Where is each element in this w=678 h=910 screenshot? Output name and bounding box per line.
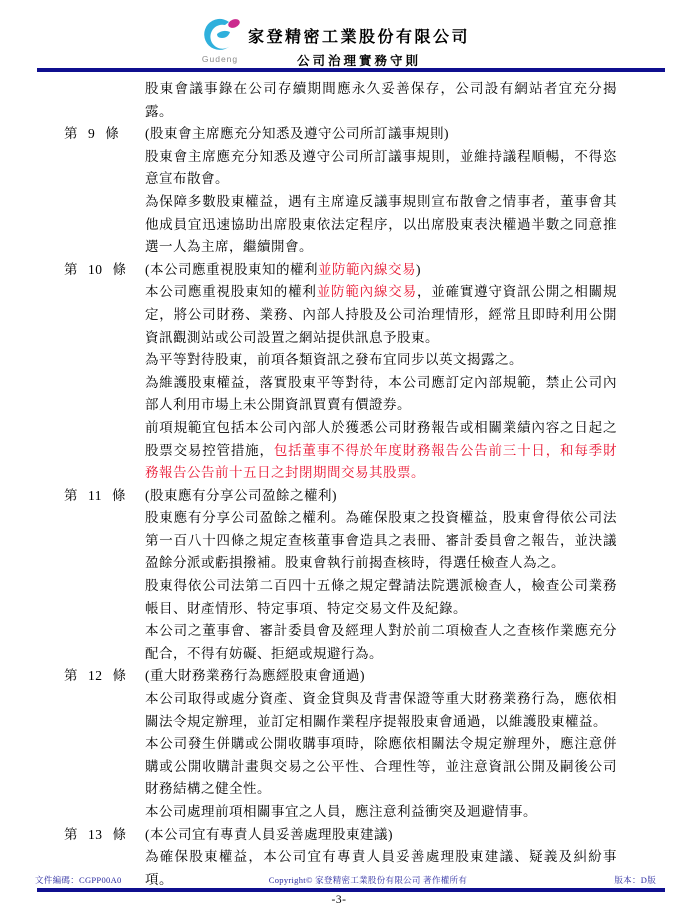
article-number-part: 條	[112, 485, 126, 666]
text-run: 為平等對待股東，前項各類資訊之發布宜同步以英文揭露之。	[145, 352, 523, 367]
text-run: (重大財務業務行為應經股東會通過)	[145, 668, 365, 683]
article-paragraph: 本公司之董事會、審計委員會及經理人對於前二項檢查人之查核作業應充分配合，不得有妨…	[145, 620, 617, 665]
article-paragraph: 股東會主席應充分知悉及遵守公司所訂議事規則，並維持議程順暢，不得恣意宣布散會。	[145, 146, 617, 191]
article-body: (重大財務業務行為應經股東會通過)本公司取得或處分資產、資金貸與及背書保證等重大…	[145, 665, 617, 823]
text-run: (本公司應重視股東知的權利	[145, 262, 318, 277]
text-run: 股東得依公司法第二百四十五條之規定聲請法院選派檢查人，檢查公司業務帳目、財產情形…	[145, 578, 617, 616]
article-number-part: 第	[64, 259, 78, 485]
article-paragraph: 為維護股東權益，落實股東平等對待，本公司應訂定內部規範，禁止公司內部人利用市場上…	[145, 372, 617, 417]
article-number: 第11條	[64, 485, 126, 666]
article-number-part: 第	[64, 485, 78, 666]
article-number-part: 12	[88, 665, 103, 823]
logo-wave	[217, 31, 230, 38]
text-run: (股東會主席應充分知悉及遵守公司所訂議事規則)	[145, 126, 449, 141]
article: 第9條(股東會主席應充分知悉及遵守公司所訂議事規則)股東會主席應充分知悉及遵守公…	[64, 123, 617, 259]
company-logo: Gudeng	[196, 16, 244, 64]
article-paragraph: 本公司取得或處分資產、資金貸與及背書保證等重大財務業務行為，應依相關法令規定辦理…	[145, 688, 617, 733]
text-run: 股東應有分享公司盈餘之權利。為確保股東之投資權益，股東會得依公司法第一百八十四條…	[145, 510, 617, 570]
article-title: (本公司應重視股東知的權利並防範內線交易)	[145, 259, 617, 282]
article-number-part: 10	[88, 259, 103, 485]
article-paragraph: 股東得依公司法第二百四十五條之規定聲請法院選派檢查人，檢查公司業務帳目、財產情形…	[145, 575, 617, 620]
article-paragraph: 本公司發生併購或公開收購事項時，除應依相關法令規定辦理外，應注意併購或公開收購計…	[145, 733, 617, 801]
footer-meta-row: 文件編碼：CGPP00A0 Copyright© 家登精密工業股份有限公司 著作…	[35, 874, 656, 886]
article-number-part: 9	[88, 123, 95, 259]
article-title: (重大財務業務行為應經股東會通過)	[145, 665, 617, 688]
article-title: (股東應有分享公司盈餘之權利)	[145, 485, 617, 508]
article: 第10條(本公司應重視股東知的權利並防範內線交易)本公司應重視股東知的權利並防範…	[64, 259, 617, 485]
continuation-paragraph: 股東會議事錄在公司存續期間應永久妥善保存，公司設有網站者宜充分揭露。	[145, 78, 617, 123]
article-number-part: 11	[88, 485, 102, 666]
footer-version: 版本：D版	[614, 874, 656, 886]
text-run: 本公司應重視股東知的權利	[145, 284, 317, 299]
article-paragraph: 股東應有分享公司盈餘之權利。為確保股東之投資權益，股東會得依公司法第一百八十四條…	[145, 507, 617, 575]
text-run: 為保障多數股東權益，遇有主席違反議事規則宣布散會之情事者，董事會其他成員宜迅速協…	[145, 194, 617, 254]
footer-doc-code: 文件編碼：CGPP00A0	[35, 874, 122, 886]
article-number: 第9條	[64, 123, 126, 259]
text-run: 為維護股東權益，落實股東平等對待，本公司應訂定內部規範，禁止公司內部人利用市場上…	[145, 375, 617, 413]
text-run: 本公司處理前項相關事宜之人員，應注意利益衝突及迴避情事。	[145, 804, 537, 819]
article-body: (本公司應重視股東知的權利並防範內線交易)本公司應重視股東知的權利並防範內線交易…	[145, 259, 617, 485]
text-run: 本公司之董事會、審計委員會及經理人對於前二項檢查人之查核作業應充分配合，不得有妨…	[145, 623, 617, 661]
logo-dot	[227, 18, 241, 30]
text-run: (股東應有分享公司盈餘之權利)	[145, 488, 337, 503]
page-number: -3-	[0, 894, 678, 906]
text-run: 本公司發生併購或公開收購事項時，除應依相關法令規定辦理外，應注意併購或公開收購計…	[145, 736, 617, 796]
article-paragraph: 本公司應重視股東知的權利並防範內線交易，並確實遵守資訊公開之相關規定，將公司財務…	[145, 281, 617, 349]
article: 第12條(重大財務業務行為應經股東會通過)本公司取得或處分資產、資金貸與及背書保…	[64, 665, 617, 823]
article-body: (股東會主席應充分知悉及遵守公司所訂議事規則)股東會主席應充分知悉及遵守公司所訂…	[145, 123, 617, 259]
document-body: 股東會議事錄在公司存續期間應永久妥善保存，公司設有網站者宜充分揭露。 第9條(股…	[0, 78, 678, 891]
article: 第11條(股東應有分享公司盈餘之權利)股東應有分享公司盈餘之權利。為確保股東之投…	[64, 485, 617, 666]
continuation-row: 股東會議事錄在公司存續期間應永久妥善保存，公司設有網站者宜充分揭露。	[64, 78, 617, 123]
article-number-part: 條	[113, 665, 127, 823]
footer-copyright: Copyright© 家登精密工業股份有限公司 著作權所有	[269, 874, 467, 886]
article-number: 第10條	[64, 259, 126, 485]
header-rule	[37, 68, 665, 72]
text-run: 本公司取得或處分資產、資金貸與及背書保證等重大財務業務行為，應依相關法令規定辦理…	[145, 691, 617, 729]
articles-list: 第9條(股東會主席應充分知悉及遵守公司所訂議事規則)股東會主席應充分知悉及遵守公…	[64, 123, 617, 891]
article-number-part: 第	[64, 123, 78, 259]
page-footer: 文件編碼：CGPP00A0 Copyright© 家登精密工業股份有限公司 著作…	[0, 874, 678, 910]
document-page: Gudeng 家登精密工業股份有限公司 公司治理實務守則 股東會議事錄在公司存續…	[0, 0, 678, 910]
article-number-part: 條	[105, 123, 119, 259]
article-paragraph: 本公司處理前項相關事宜之人員，應注意利益衝突及迴避情事。	[145, 801, 617, 824]
gudeng-logo-icon	[197, 16, 243, 54]
article-paragraph: 為平等對待股東，前項各類資訊之發布宜同步以英文揭露之。	[145, 349, 617, 372]
article-body: (股東應有分享公司盈餘之權利)股東應有分享公司盈餘之權利。為確保股東之投資權益，…	[145, 485, 617, 666]
document-title: 公司治理實務守則	[248, 51, 470, 69]
article-number: 第12條	[64, 665, 126, 823]
page-header: Gudeng 家登精密工業股份有限公司 公司治理實務守則	[0, 0, 678, 68]
company-name: 家登精密工業股份有限公司	[248, 24, 470, 47]
highlighted-red-text: 並防範內線交易	[318, 262, 416, 277]
article-paragraph: 為保障多數股東權益，遇有主席違反議事規則宣布散會之情事者，董事會其他成員宜迅速協…	[145, 191, 617, 259]
article-title: (本公司宜有專責人員妥善處理股東建議)	[145, 824, 617, 847]
text-run: )	[416, 262, 421, 277]
text-run: (本公司宜有專責人員妥善處理股東建議)	[145, 827, 393, 842]
footer-rule	[37, 888, 665, 892]
highlighted-red-text: 並防範內線交易	[317, 284, 417, 299]
text-run: 股東會主席應充分知悉及遵守公司所訂議事規則，並維持議程順暢，不得恣意宣布散會。	[145, 149, 617, 187]
header-titles: 家登精密工業股份有限公司 公司治理實務守則	[248, 24, 470, 69]
article-paragraph: 前項規範宜包括本公司內部人於獲悉公司財務報告或相關業績內容之日起之股票交易控管措…	[145, 417, 617, 485]
article-number-part: 條	[113, 259, 127, 485]
empty-number-cell	[64, 78, 145, 123]
brand-name: Gudeng	[196, 54, 244, 64]
article-title: (股東會主席應充分知悉及遵守公司所訂議事規則)	[145, 123, 617, 146]
article-number-part: 第	[64, 665, 78, 823]
